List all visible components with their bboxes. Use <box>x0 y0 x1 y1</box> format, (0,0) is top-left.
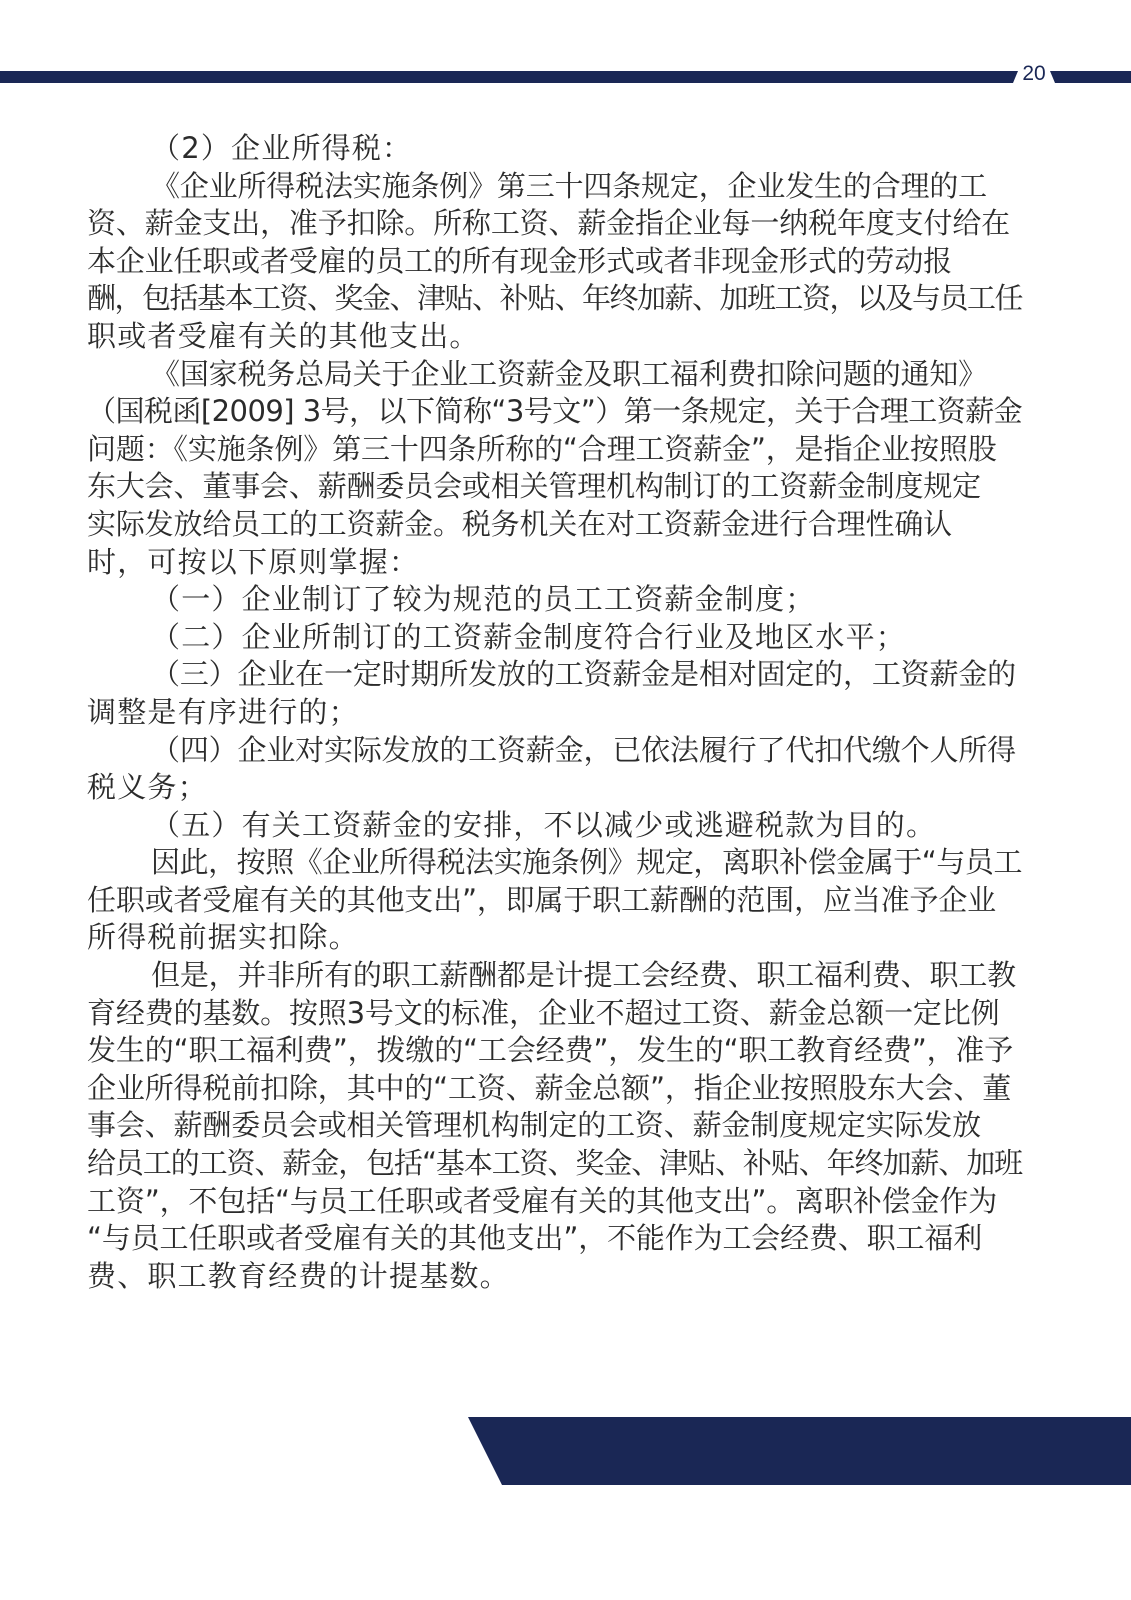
text-line: 税义务； <box>87 769 1027 807</box>
page-number: 20 <box>1016 62 1052 86</box>
text-line: （四）企业对实际发放的工资薪金，已依法履行了代扣代缴个人所得 <box>87 732 1027 770</box>
text-line: （五）有关工资薪金的安排，不以减少或逃避税款为目的。 <box>87 807 1027 845</box>
text-line: 时，可按以下原则掌握： <box>87 544 1027 582</box>
text-line: 调整是有序进行的； <box>87 694 1027 732</box>
header-bar-left <box>0 71 1018 83</box>
text-line: 企业所得税前扣除，其中的“工资、薪金总额”，指企业按照股东大会、董 <box>87 1070 1027 1108</box>
text-line: 事会、薪酬委员会或相关管理机构制定的工资、薪金制度规定实际发放 <box>87 1107 1027 1145</box>
text-line: 东大会、董事会、薪酬委员会或相关管理机构制订的工资薪金制度规定 <box>87 468 1027 506</box>
text-line: 《国家税务总局关于企业工资薪金及职工福利费扣除问题的通知》 <box>87 356 1027 394</box>
text-line: 资、薪金支出，准予扣除。所称工资、薪金指企业每一纳税年度支付给在 <box>87 205 1027 243</box>
text-line: “与员工任职或者受雇有关的其他支出”，不能作为工会经费、职工福利 <box>87 1220 1027 1258</box>
text-line: 工资”，不包括“与员工任职或者受雇有关的其他支出”。离职补偿金作为 <box>87 1183 1027 1221</box>
text-line: 《企业所得税法实施条例》第三十四条规定，企业发生的合理的工 <box>87 168 1027 206</box>
text-line: 费、职工教育经费的计提基数。 <box>87 1258 1027 1296</box>
document-body: （2）企业所得税：《企业所得税法实施条例》第三十四条规定，企业发生的合理的工资、… <box>87 130 1027 1295</box>
text-line: 问题：《实施条例》第三十四条所称的“合理工资薪金”，是指企业按照股 <box>87 431 1027 469</box>
text-line: 但是，并非所有的职工薪酬都是计提工会经费、职工福利费、职工教 <box>87 957 1027 995</box>
header-bar-right <box>1050 71 1131 83</box>
text-line: 发生的“职工福利费”，拨缴的“工会经费”，发生的“职工教育经费”，准予 <box>87 1032 1027 1070</box>
text-line: 任职或者受雇有关的其他支出”，即属于职工薪酬的范围，应当准予企业 <box>87 882 1027 920</box>
text-line: （2）企业所得税： <box>87 130 1027 168</box>
text-line: （三）企业在一定时期所发放的工资薪金是相对固定的，工资薪金的 <box>87 656 1027 694</box>
text-line: 所得税前据实扣除。 <box>87 919 1027 957</box>
text-line: 职或者受雇有关的其他支出。 <box>87 318 1027 356</box>
text-line: 因此，按照《企业所得税法实施条例》规定，离职补偿金属于“与员工 <box>87 844 1027 882</box>
footer-decoration <box>468 1417 1131 1485</box>
text-line: （二）企业所制订的工资薪金制度符合行业及地区水平； <box>87 619 1027 657</box>
text-line: 给员工的工资、薪金，包括“基本工资、奖金、津贴、补贴、年终加薪、加班 <box>87 1145 1027 1183</box>
text-line: 实际发放给员工的工资薪金。税务机关在对工资薪金进行合理性确认 <box>87 506 1027 544</box>
text-line: 本企业任职或者受雇的员工的所有现金形式或者非现金形式的劳动报 <box>87 243 1027 281</box>
text-line: 酬，包括基本工资、奖金、津贴、补贴、年终加薪、加班工资，以及与员工任 <box>87 280 1027 318</box>
text-line: （国税函[2009] 3号，以下简称“3号文”）第一条规定，关于合理工资薪金 <box>87 393 1027 431</box>
text-line: 育经费的基数。按照3号文的标准，企业不超过工资、薪金总额一定比例 <box>87 995 1027 1033</box>
text-line: （一）企业制订了较为规范的员工工资薪金制度； <box>87 581 1027 619</box>
